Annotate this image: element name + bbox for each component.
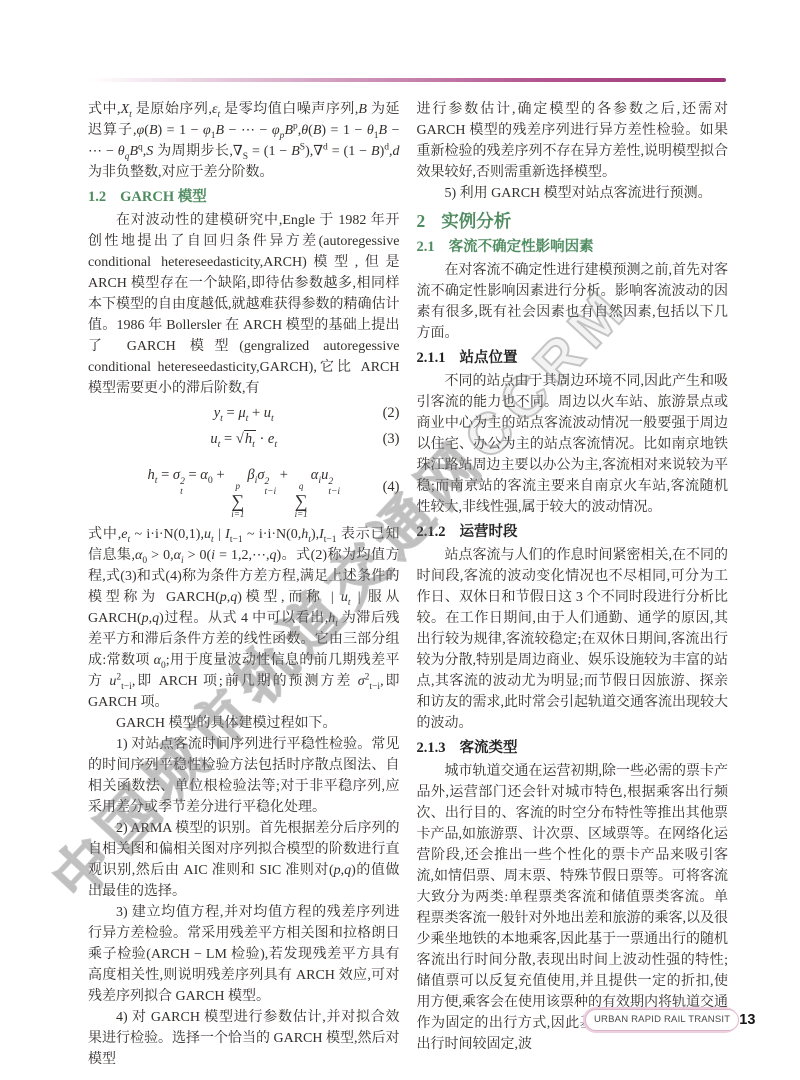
body-paragraph: 4) 对 GARCH 模型进行参数估计,并对拟合效果进行检验。选择一个恰当的 G… xyxy=(88,1007,400,1070)
heading-title: 运营时段 xyxy=(460,524,518,540)
footer-page-badge: URBAN RAPID RAIL TRANSIT 13 xyxy=(583,1007,738,1033)
page-content: 式中,Xt 是原始序列,εt 是零均值白噪声序列,B 为延迟算子,φ(B) = … xyxy=(88,99,728,1070)
heading-title: GARCH 模型 xyxy=(120,189,207,205)
heading-number: 1.2 xyxy=(88,189,106,205)
equation-number: (2) xyxy=(383,401,400,425)
left-column: 式中,Xt 是原始序列,εt 是零均值白噪声序列,B 为延迟算子,φ(B) = … xyxy=(88,99,400,1070)
page-number: 13 xyxy=(739,1012,755,1028)
section-heading-1.2: 1.2GARCH 模型 xyxy=(88,186,400,208)
section-heading-2.1.3: 2.1.3客流类型 xyxy=(417,737,729,759)
body-paragraph: 3) 建立均值方程,并对均值方程的残差序列进行异方差检验。常采用残差平方相关图和… xyxy=(88,902,400,1007)
right-column: 进行参数估计,确定模型的各参数之后,还需对 GARCH 模型的残差序列进行异方差… xyxy=(417,99,729,1070)
heading-number: 2.1.1 xyxy=(417,350,446,366)
equation: ht = σ2t = α0 + p∑i=1βiσ2t−i + q∑i=1αiu2… xyxy=(88,455,400,520)
equation-body: ht = σ2t = α0 + p∑i=1βiσ2t−i + q∑i=1αiu2… xyxy=(147,467,340,483)
body-paragraph: 不同的站点由于其周边环境不同,因此产生和吸引客流的能力也不同。周边以火车站、旅游… xyxy=(417,371,729,518)
body-paragraph: 站点客流与人们的作息时间紧密相关,在不同的时间段,客流的波动变化情况也不尽相同,… xyxy=(417,545,729,734)
equation-body: yt = μt + ut xyxy=(214,405,274,421)
body-paragraph: 式中,et ~ i·i·N(0,1),ut | It−1 ~ i·i·N(0,h… xyxy=(88,524,400,713)
heading-number: 2.1.3 xyxy=(417,740,446,756)
body-paragraph: 1) 对站点客流时间序列进行平稳性检验。常见的时间序列平稳性检验方法包括时序散点… xyxy=(88,734,400,818)
equation-body: ut = √ht · et xyxy=(210,431,277,447)
heading-number: 2.1.2 xyxy=(417,524,446,540)
body-paragraph: 进行参数估计,确定模型的各参数之后,还需对 GARCH 模型的残差序列进行异方差… xyxy=(417,99,729,183)
heading-number: 2 xyxy=(417,211,426,231)
heading-number: 2.1 xyxy=(417,239,435,255)
section-heading-2.1.1: 2.1.1站点位置 xyxy=(417,347,729,369)
body-paragraph: 在对波动性的建模研究中,Engle 于 1982 年开创性地提出了自回归条件异方… xyxy=(88,210,400,399)
heading-title: 客流类型 xyxy=(460,740,518,756)
footer-journal-name: URBAN RAPID RAIL TRANSIT xyxy=(585,1009,739,1031)
body-paragraph: 在对客流不确定性进行建模预测之前,首先对客流不确定性影响因素进行分析。影响客流波… xyxy=(417,260,729,344)
section-heading-2: 2实例分析 xyxy=(417,209,729,233)
body-paragraph: 式中,Xt 是原始序列,εt 是零均值白噪声序列,B 为延迟算子,φ(B) = … xyxy=(88,99,400,183)
body-paragraph: 5) 利用 GARCH 模型对站点客流进行预测。 xyxy=(417,183,729,204)
section-heading-2.1: 2.1客流不确定性影响因素 xyxy=(417,236,729,258)
equation-number: (3) xyxy=(383,427,400,451)
body-paragraph: GARCH 模型的具体建模过程如下。 xyxy=(88,713,400,734)
equation: ut = √ht · et(3) xyxy=(88,427,400,451)
body-paragraph: 2) ARMA 模型的识别。首先根据差分后序列的自相关图和偏相关图对序列拟合模型… xyxy=(88,818,400,902)
heading-title: 实例分析 xyxy=(441,211,511,231)
journal-page: 式中,Xt 是原始序列,εt 是零均值白噪声序列,B 为延迟算子,φ(B) = … xyxy=(0,0,800,1080)
section-heading-2.1.2: 2.1.2运营时段 xyxy=(417,521,729,543)
equation-number: (4) xyxy=(383,455,400,520)
equation: yt = μt + ut(2) xyxy=(88,401,400,425)
heading-title: 站点位置 xyxy=(460,350,518,366)
heading-title: 客流不确定性影响因素 xyxy=(449,239,594,255)
header-rule xyxy=(89,78,726,82)
